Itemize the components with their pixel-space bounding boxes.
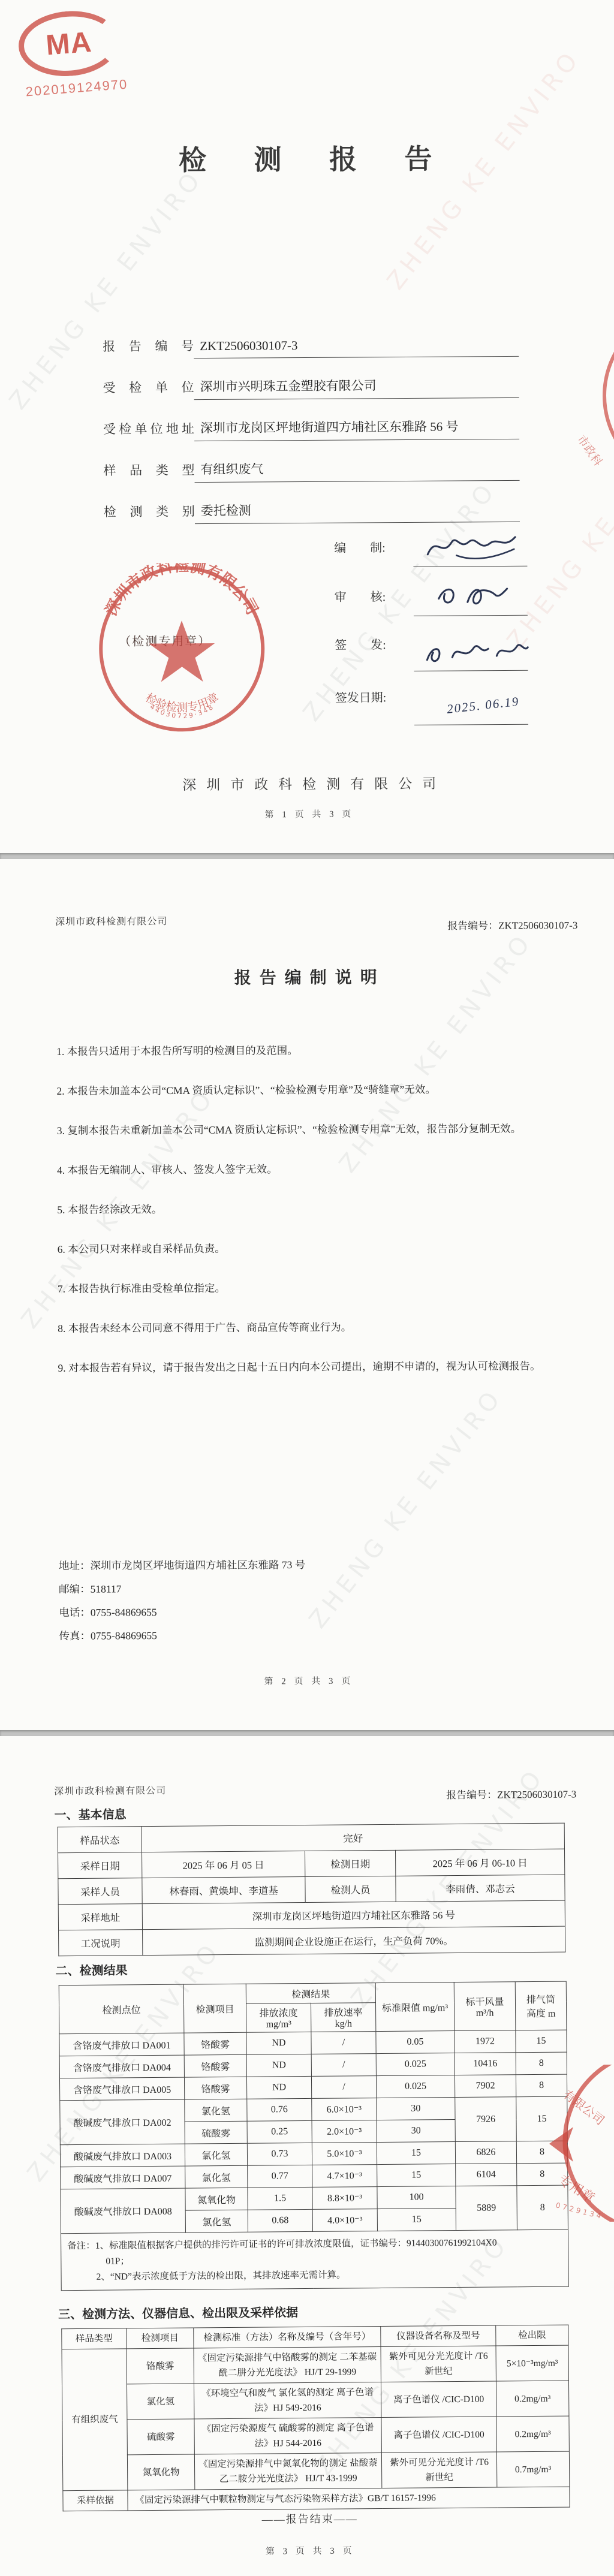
table-row: 酸碱废气排放口 DA002 氯化氢 0.76 6.0×10⁻³ 30 7926 … [60, 2096, 567, 2123]
col-header-result-group: 检测结果 [246, 1983, 375, 2004]
value-cell: 2025 年 06 月 05 日 [142, 1851, 305, 1878]
field-report-no: 报告编号ZKT2506030107-3 [103, 335, 522, 359]
cell-item: 氯化氢 [185, 2143, 247, 2166]
cell-point: 酸碱废气排放口 DA007 [61, 2166, 185, 2189]
issuing-company-name: 深圳市政科检测有限公司 [2, 772, 614, 795]
cell-point: 含铬废气排放口 DA005 [59, 2077, 184, 2101]
cell-instrument: 离子色谱仪 /CIC-D100 [381, 2417, 496, 2453]
cell-rate: 6.0×10⁻³ [312, 2098, 377, 2121]
note-item: 2. 本报告未加盖本公司“CMA 资质认定标识”、“检验检测专用章”及“骑缝章”… [56, 1077, 559, 1103]
field-value: 深圳市兴明珠五金塑胶有限公司 [194, 375, 519, 400]
table-note-row: 备注：1、标准限值根据客户提供的排污许可证书的许可排放浓度限值，证书编号：914… [61, 2229, 569, 2291]
lab-fax: 传真：0755-84869655 [59, 1623, 305, 1648]
cell-conc: ND [246, 2032, 311, 2054]
cell-limit: 15 [377, 2142, 455, 2165]
value-cell: 深圳市龙岗区坪地街道四方埔社区东雅路 56 号 [142, 1900, 565, 1930]
table-row: 氮氧化物 《固定污染源排气中氮氧化物的测定 盐酸萘乙二胺分光光度法》 HJ/T … [62, 2451, 569, 2491]
sign-label-reviewed: 审 核: [335, 587, 386, 605]
signature-line [414, 615, 528, 616]
page-number: 第 1 页 共 3 页 [2, 806, 614, 822]
sign-label-prepared: 编 制: [334, 538, 386, 556]
table-row: 有组织废气 铬酸雾 《固定污染源排气中铬酸雾的测定 二苯基碳酰二肼分光光度法》 … [62, 2345, 568, 2385]
lab-contact-block: 地址：深圳市龙岗区坪地街道四方埔社区东雅路 73 号 邮编：518117 电话：… [59, 1553, 306, 1648]
cell-limit: 0.025 [376, 2075, 455, 2098]
cell-height: 8 [517, 2185, 568, 2230]
cell-item: 氮氧化物 [127, 2454, 194, 2490]
table-row: 硫酸雾 《固定污染源废气 硫酸雾的测定 离子色谱法》HJ 544-2016 离子… [62, 2416, 569, 2456]
cell-lod: 5×10⁻³mg/m³ [496, 2345, 568, 2381]
field-label: 报告编号 [103, 336, 194, 359]
cell-instrument: 紫外可见分光光度计 /T6 新世纪 [381, 2452, 496, 2488]
label-cell: 采样人员 [58, 1878, 142, 1905]
field-label: 检测类别 [104, 502, 195, 525]
cell-conc: 0.76 [247, 2098, 312, 2121]
cell-instrument: 紫外可见分光光度计 /T6 新世纪 [381, 2346, 496, 2382]
section-methods-title: 三、检测方法、仪器信息、检出限及采样依据 [58, 2303, 298, 2322]
note-item: 4. 本报告无编制人、审核人、签发人签字无效。 [57, 1156, 559, 1182]
header-company-name: 深圳市政科检测有限公司 [54, 1783, 166, 1797]
col-header-rate: 排放速率kg/h [311, 2003, 375, 2032]
report-notes-list: 1. 本报告只适用于本报告所写明的检测目的及范围。 2. 本报告未加盖本公司“C… [56, 1038, 561, 1396]
cell-method: 《环境空气和废气 氯化氢的测定 离子色谱法》HJ 549-2016 [194, 2382, 381, 2419]
lab-address: 地址：深圳市龙岗区坪地街道四方埔社区东雅路 73 号 [59, 1553, 305, 1578]
table-row: 工况说明 监测期间企业设施正在运行，生产负荷 70%。 [59, 1926, 565, 1956]
cell-method: 《固定污染源排气中氮氧化物的测定 盐酸萘乙二胺分光光度法》 HJ/T 43-19… [194, 2453, 381, 2490]
cell-rate: / [311, 2076, 376, 2099]
page-separator [0, 853, 614, 859]
issue-date-handwritten: 2025. 06.19 [446, 694, 520, 717]
signature-line [413, 566, 527, 567]
cell-rate: 2.0×10⁻³ [312, 2120, 377, 2143]
report-page-3: ZHENG KE ENVIRO ZHENG KE ENVIRO ZHENG KE… [0, 1736, 614, 2576]
cell-conc: ND [246, 2054, 311, 2077]
cell-conc: 0.73 [247, 2143, 312, 2165]
cell-item: 硫酸雾 [185, 2121, 247, 2144]
section-basic-info-title: 一、基本信息 [54, 1804, 126, 1822]
value-cell: 2025 年 06 月 06-10 日 [395, 1849, 564, 1876]
col-header-stack-height: 排气筒高度 m [515, 1981, 567, 2030]
company-round-seal: 深圳市政科检测有限公司 检验检测专用章 44030729·348 [95, 562, 268, 735]
cell-height: 8 [516, 2052, 567, 2075]
cell-sample-type: 有组织废气 [62, 2349, 128, 2491]
cell-item: 铬酸雾 [184, 2032, 246, 2055]
label-cell: 样品状态 [58, 1827, 142, 1853]
label-cell: 检测人员 [305, 1876, 396, 1902]
field-client: 受检单位深圳市兴明珠五金塑胶有限公司 [103, 375, 522, 400]
methods-table: 样品类型 检测项目 检测标准（方法）名称及编号（含年号） 仪器设备名称及型号 检… [61, 2325, 570, 2512]
field-value: 有组织废气 [194, 458, 519, 483]
page-separator [0, 1730, 614, 1736]
cell-rate: 5.0×10⁻³ [312, 2143, 377, 2165]
header-report-no: 报告编号：ZKT2506030107-3 [446, 1785, 576, 1801]
svg-text:深圳市政科检测有限公司: 深圳市政科检测有限公司 [102, 562, 261, 618]
cell-flow: 6104 [456, 2164, 517, 2186]
cell-height: 15 [516, 2096, 568, 2141]
section-results-title: 二、检测结果 [55, 1960, 127, 1978]
col-header-limit: 标准限值 mg/m³ [375, 1983, 455, 2032]
note-item: 9. 对本报告若有异议，请于报告发出之日起十五日内向本公司提出，逾期不申请的，视… [58, 1354, 560, 1380]
cell-point: 含铬废气排放口 DA001 [59, 2033, 184, 2056]
value-cell: 监测期间企业设施正在运行，生产负荷 70%。 [143, 1926, 565, 1956]
field-test-category: 检测类别委托检测 [104, 499, 523, 525]
table-row: 样品状态 完好 [58, 1823, 564, 1853]
note-item: 7. 本报告执行标准由受检单位指定。 [58, 1275, 560, 1301]
cell-method: 《固定污染源排气中铬酸雾的测定 二苯基碳酰二肼分光光度法》 HJ/T 29-19… [194, 2347, 381, 2384]
cell-flow: 1972 [455, 2030, 516, 2053]
table-row: 采样人员 林春雨、黄焕坤、李道基 检测人员 李雨倩、邓志云 [58, 1875, 565, 1905]
value-cell: 完好 [142, 1823, 564, 1852]
table-row: 采样地址 深圳市龙岗区坪地街道四方埔社区东雅路 56 号 [58, 1900, 565, 1930]
sign-label-issued: 签 发: [335, 635, 386, 653]
cell-sampling-basis: 《固定污染源排气中颗粒物测定与气态污染物采样方法》GB/T 16157-1996 [128, 2487, 570, 2511]
report-page-2: ZHENG KE ENVIRO ZHENG KE ENVIRO ZHENG KE… [0, 859, 614, 1730]
cell-item: 铬酸雾 [127, 2348, 194, 2384]
cell-point: 含铬废气排放口 DA004 [59, 2055, 184, 2078]
note-item: 5. 本报告经涂改无效。 [57, 1196, 559, 1222]
col-header-point: 检测点位 [59, 1984, 184, 2034]
signature-issued-by [421, 638, 532, 671]
cell-rate: / [311, 2032, 376, 2054]
col-header-instrument: 仪器设备名称及型号 [381, 2325, 496, 2347]
signature-reviewed-by [428, 578, 530, 612]
cell-item: 铬酸雾 [184, 2077, 246, 2099]
cell-rate: 4.7×10⁻³ [312, 2165, 377, 2188]
cell-conc: 0.25 [247, 2120, 312, 2143]
note-item: 6. 本公司只对来样或自采样品负责。 [58, 1236, 560, 1261]
field-label: 样品类型 [103, 460, 194, 483]
table-row: 采样日期 2025 年 06 月 05 日 检测日期 2025 年 06 月 0… [58, 1849, 565, 1879]
table-row: 氯化氢 《环境空气和废气 氯化氢的测定 离子色谱法》HJ 549-2016 离子… [62, 2381, 568, 2420]
label-cell: 采样日期 [58, 1852, 142, 1879]
cell-limit: 15 [377, 2164, 456, 2187]
cma-ellipse-icon: MA [16, 8, 122, 80]
cell-instrument: 离子色谱仪 /CIC-D100 [381, 2381, 496, 2418]
label-cell: 检测日期 [305, 1850, 396, 1876]
cell-rate: / [311, 2054, 376, 2077]
cell-conc: 1.5 [248, 2187, 312, 2210]
seal-star-icon [149, 620, 215, 682]
cell-limit: 0.05 [376, 2031, 455, 2054]
cell-limit: 15 [377, 2209, 456, 2231]
field-value: 深圳市龙岗区坪地街道四方埔社区东雅路 56 号 [194, 417, 519, 441]
notes-page-title: 报告编制说明 [0, 963, 613, 990]
table-header-row: 检测点位 检测项目 检测结果 标准限值 mg/m³ 标干风量m³/h 排气筒高度… [59, 1981, 566, 2005]
cma-letters: MA [45, 25, 94, 62]
results-note: 备注：1、标准限值根据客户提供的排污许可证书的许可排放浓度限值，证书编号：914… [61, 2229, 569, 2291]
cell-flow: 7902 [455, 2075, 516, 2098]
cell-point: 酸碱废气排放口 DA002 [60, 2099, 185, 2145]
field-label: 受检单位地址 [103, 419, 194, 442]
cell-lod: 0.7mg/m³ [496, 2451, 569, 2487]
cell-item: 铬酸雾 [184, 2054, 246, 2077]
cell-conc: 0.77 [248, 2165, 312, 2188]
cell-limit: 30 [377, 2098, 455, 2120]
cell-height: 8 [516, 2141, 567, 2164]
cell-method: 《固定污染源废气 硫酸雾的测定 离子色谱法》HJ 544-2016 [194, 2418, 381, 2454]
label-cell: 采样地址 [58, 1904, 142, 1930]
col-header-method: 检测标准（方法）名称及编号（含年号） [194, 2327, 381, 2348]
report-page-1: ZHENG KE ENVIRO ZHENG KE ENVIRO ZHENG KE… [0, 0, 614, 853]
basic-info-table: 样品状态 完好 采样日期 2025 年 06 月 05 日 检测日期 2025 … [58, 1823, 566, 1957]
cell-height: 8 [517, 2163, 568, 2186]
cell-flow: 7926 [455, 2097, 517, 2142]
cell-flow: 6826 [455, 2141, 516, 2164]
cell-limit: 30 [377, 2120, 455, 2143]
test-results-table: 检测点位 检测项目 检测结果 标准限值 mg/m³ 标干风量m³/h 排气筒高度… [59, 1981, 569, 2291]
field-client-address: 受检单位地址深圳市龙岗区坪地街道四方埔社区东雅路 56 号 [103, 417, 523, 442]
cma-code: 202019124970 [25, 77, 128, 100]
lab-postcode: 邮编：518117 [59, 1577, 305, 1601]
cell-limit: 0.025 [376, 2053, 455, 2076]
report-title: 检 测 报 告 [0, 136, 612, 179]
note-item: 8. 本报告未经本公司同意不得用于广告、商品宣传等商业行为。 [58, 1315, 560, 1340]
table-row: 酸碱废气排放口 DA008 氮氧化物 1.5 8.8×10⁻³ 100 5889… [61, 2185, 568, 2212]
cma-accreditation-stamp: MA 202019124970 [16, 7, 128, 100]
signature-prepared-by [420, 530, 528, 565]
value-cell: 林春雨、黄焕坤、李道基 [142, 1877, 305, 1904]
signature-line [414, 724, 528, 725]
field-value: ZKT2506030107-3 [194, 337, 519, 358]
note-item: 3. 复制本报告未重新加盖本公司“CMA 资质认定标识”、“检验检测专用章”无效… [57, 1117, 559, 1143]
report-end-marker: ——报告结束—— [3, 2508, 614, 2529]
cell-height: 15 [516, 2030, 567, 2053]
cell-item: 氮氧化物 [185, 2188, 248, 2210]
cell-limit: 100 [377, 2186, 456, 2209]
sign-label-issue-date: 签发日期: [335, 688, 387, 706]
field-value: 委托检测 [195, 499, 520, 524]
cell-lod: 0.2mg/m³ [496, 2381, 568, 2417]
field-sample-type: 样品类型有组织废气 [103, 458, 523, 483]
cell-conc: ND [246, 2076, 311, 2099]
cell-item: 氯化氢 [185, 2165, 248, 2188]
field-label: 受检单位 [103, 378, 194, 400]
page-number: 第 2 页 共 3 页 [2, 1673, 614, 1688]
col-header-sample-type: 样品类型 [62, 2328, 127, 2349]
note-line: 2、“ND”表示浓度低于方法的检出限，其排放速率无需计算。 [67, 2266, 562, 2285]
cell-conc: 0.68 [248, 2209, 312, 2232]
cell-rate: 8.8×10⁻³ [312, 2187, 377, 2210]
cell-rate: 4.0×10⁻³ [312, 2209, 377, 2232]
report-fields: 报告编号ZKT2506030107-3 受检单位深圳市兴明珠五金塑胶有限公司 受… [103, 335, 523, 543]
cell-lod: 0.2mg/m³ [496, 2416, 569, 2452]
lab-phone: 电话：0755-84869655 [59, 1600, 305, 1625]
cell-height: 8 [516, 2074, 567, 2097]
label-cell: 工况说明 [59, 1930, 143, 1956]
cell-flow: 10416 [455, 2053, 516, 2075]
cell-point: 酸碱废气排放口 DA008 [61, 2188, 186, 2234]
cell-item: 氯化氢 [127, 2384, 194, 2420]
col-header-concentration: 排放浓度mg/m³ [246, 2003, 311, 2032]
col-header-item: 检测项目 [127, 2328, 194, 2349]
page-number: 第 3 页 共 3 页 [3, 2542, 614, 2559]
cell-sampling-basis-label: 采样依据 [63, 2490, 128, 2511]
note-item: 1. 本报告只适用于本报告所写明的检测目的及范围。 [56, 1038, 559, 1063]
col-header-flow: 标干风量m³/h [454, 1982, 516, 2031]
table-row: 采样依据 《固定污染源排气中颗粒物测定与气态污染物采样方法》GB/T 16157… [63, 2487, 570, 2511]
cell-point: 酸碱废气排放口 DA003 [60, 2144, 185, 2167]
col-header-item: 检测项目 [183, 1984, 246, 2033]
cell-item: 氯化氢 [185, 2210, 248, 2232]
col-header-lod: 检出限 [496, 2325, 568, 2346]
cell-item: 氯化氢 [185, 2099, 247, 2122]
header-report-no: 报告编号：ZKT2506030107-3 [447, 917, 577, 932]
value-cell: 李雨倩、邓志云 [396, 1875, 565, 1902]
cell-flow: 5889 [456, 2186, 517, 2231]
cell-item: 硫酸雾 [127, 2419, 194, 2455]
header-company-name: 深圳市政科检测有限公司 [55, 914, 167, 928]
